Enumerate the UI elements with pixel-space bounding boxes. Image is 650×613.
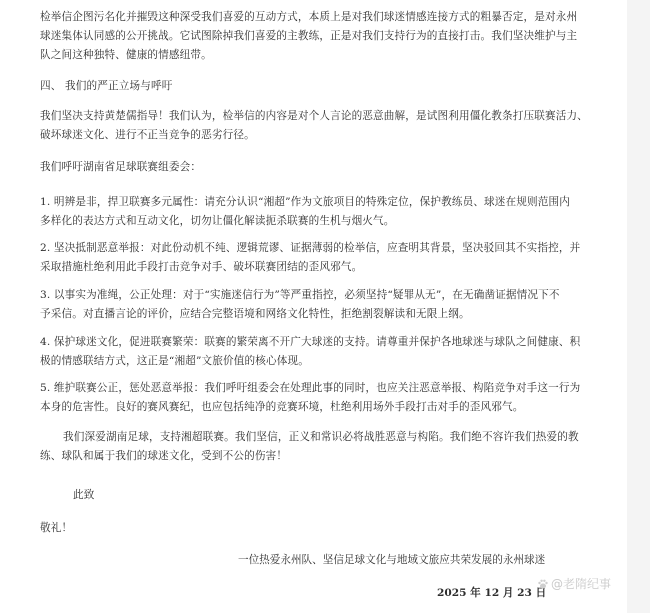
paragraph-conclusion-line: 练、球队和属于我们的球迷文化，受到不公的伤害！ [40,449,287,463]
appeal-item-1-line: 1. 明辨是非，捍卫联赛多元属性：请充分认识“湘超”作为文旅项目的特殊定位，保护… [40,195,570,209]
appeal-intro: 我们呼吁湖南省足球联赛组委会： [40,160,201,174]
date: 2025 年 12 月 23 日 [437,586,546,600]
paragraph-stance-line: 我们坚决支持黄楚儒指导！我们认为，检举信的内容是对个人言论的恶意曲解，是试图利用… [40,109,588,123]
appeal-item-5-line: 本身的危害性。良好的赛风赛纪，也应包括纯净的竞赛环境，杜绝利用场外手段打击对手的… [40,400,523,414]
side-margin [627,0,650,613]
closing-salutation: 此致 [73,488,95,502]
appeal-item-4-line: 极的情感联结方式，这正是“湘超”文旅价值的核心体现。 [40,354,309,368]
paragraph-intro-line: 球迷集体认同感的公开挑战。它试图除掉我们喜爱的主教练，正是对我们支持行为的直接打… [40,29,577,43]
appeal-item-3-line: 3. 以事实为准绳，公正处理：对于“实施迷信行为”等严重指控，必须坚持“疑罪从无… [40,288,560,302]
appeal-item-1-line: 多样化的表达方式和互动文化，切勿让僵化解读扼杀联赛的生机与烟火气。 [40,214,395,228]
paragraph-stance-line: 破坏球迷文化、进行不正当竞争的恶劣行径。 [40,128,255,142]
watermark-text: @老隋纪事 [551,576,611,592]
appeal-item-3-line: 予采信。对直播言论的评价，应结合完整语境和网络文化特性，拒绝割裂解读和无限上纲。 [40,307,470,321]
appeal-item-5-line: 5. 维护联赛公正，惩处恶意举报：我们呼吁组委会在处理此事的同时，也应关注恶意举… [40,381,580,395]
watermark: @老隋纪事 [537,576,611,592]
paragraph-intro-line: 检举信企图污名化并摧毁这种深受我们喜爱的互动方式，本质上是对我们球迷情感连接方式… [40,10,577,24]
document-page: 检举信企图污名化并摧毁这种深受我们喜爱的互动方式，本质上是对我们球迷情感连接方式… [0,0,627,613]
paragraph-conclusion-line: 我们深爱湖南足球，支持湘超联赛。我们坚信，正义和常识必将战胜恶意与构陷。我们绝不… [63,430,579,444]
appeal-item-4-line: 4. 保护球迷文化，促进联赛繁荣：联赛的繁荣离不开广大球迷的支持。请尊重并保护各… [40,335,580,349]
closing-regards: 敬礼！ [40,521,72,535]
paragraph-intro-line: 队之间这种独特、健康的情感纽带。 [40,48,212,62]
section-heading: 四、 我们的严正立场与呼吁 [40,79,172,93]
signature: 一位热爱永州队、坚信足球文化与地域文旅应共荣发展的永州球迷 [238,553,545,567]
appeal-item-2-line: 采取措施杜绝利用此手段打击竞争对手、破坏联赛团结的歪风邪气。 [40,260,362,274]
paw-icon [537,578,549,590]
appeal-item-2-line: 2. 坚决抵制恶意举报：对此份动机不纯、逻辑荒谬、证据薄弱的检举信，应查明其背景… [40,241,580,255]
